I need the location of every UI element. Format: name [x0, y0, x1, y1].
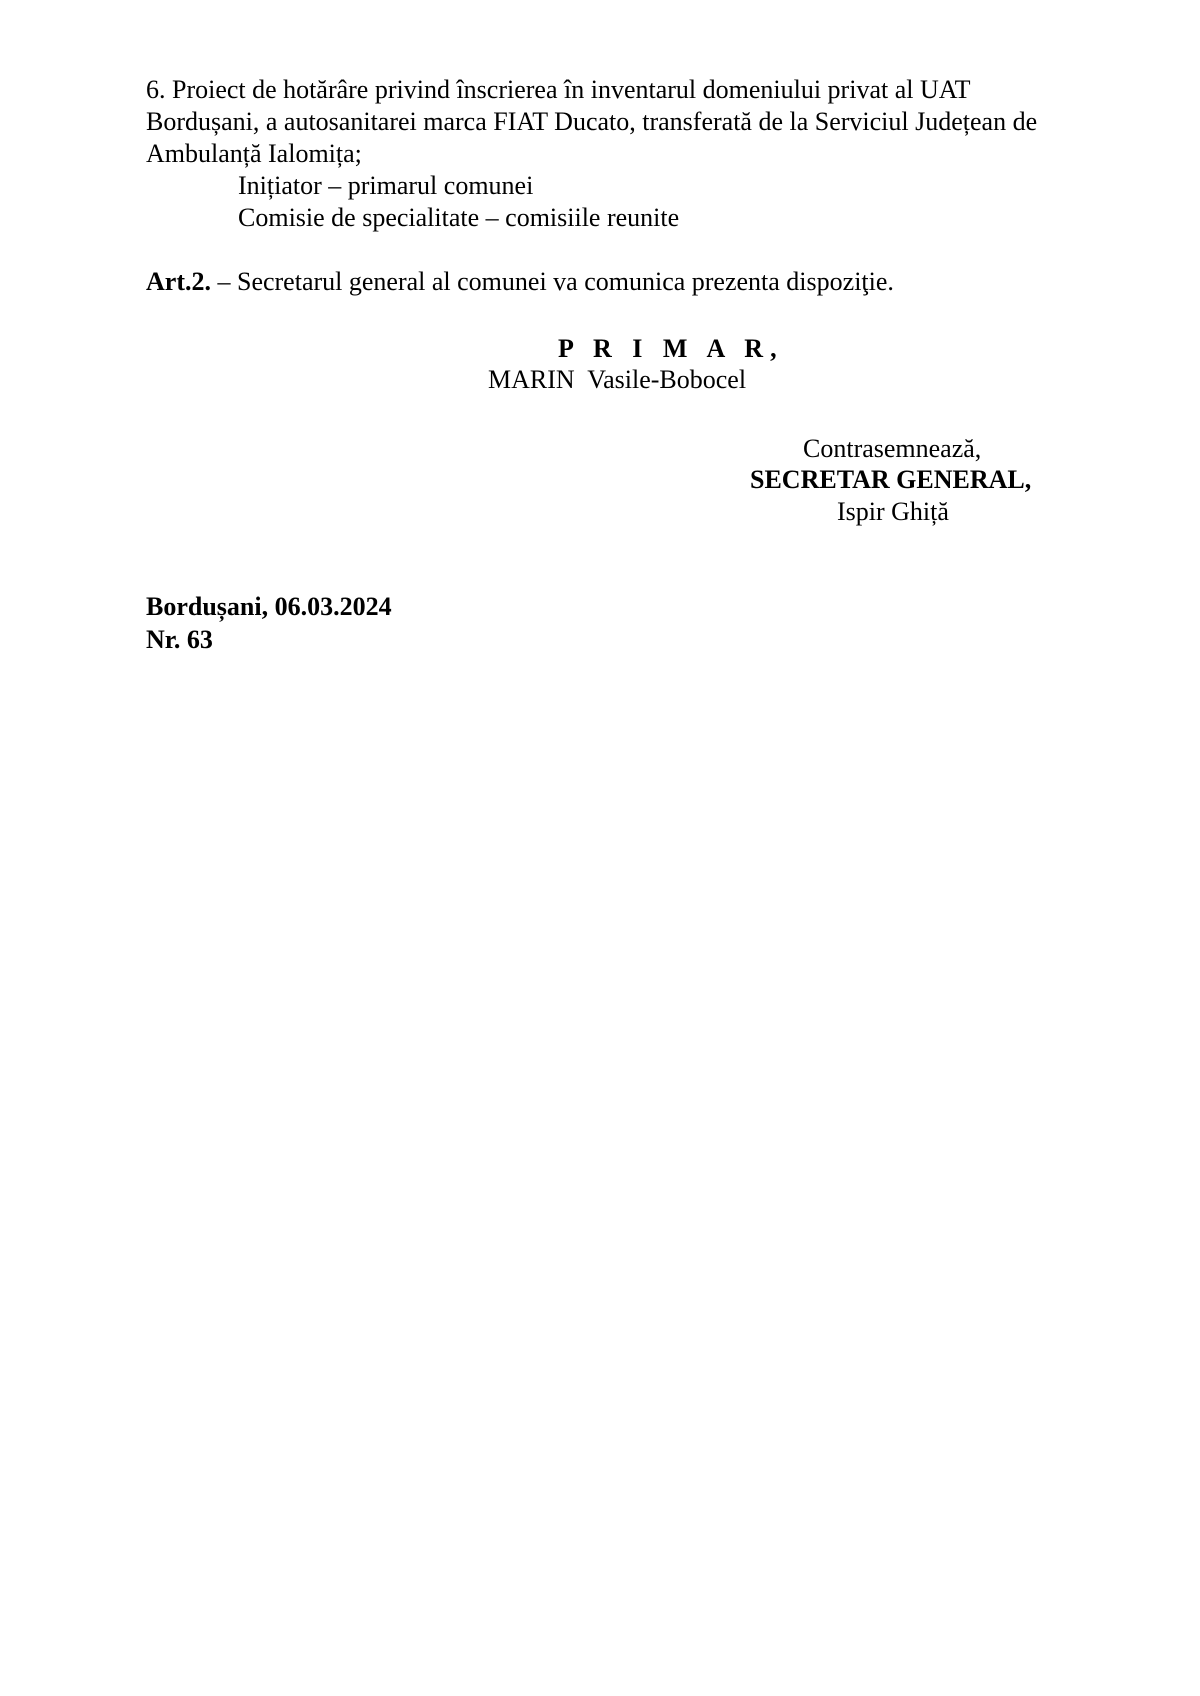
item-6-line-2: Bordușani, a autosanitarei marca FIAT Du… [146, 106, 1037, 137]
place-and-date: Bordușani, 06.03.2024 [146, 591, 392, 622]
secretary-title: SECRETAR GENERAL, [750, 464, 1031, 495]
item-6-line-3: Ambulanță Ialomița; [146, 138, 362, 169]
secretary-name: Ispir Ghiță [837, 496, 949, 527]
mayor-name: MARIN Vasile-Bobocel [488, 364, 746, 395]
article-2-label: Art.2. [146, 267, 211, 296]
article-2-text: – Secretarul general al comunei va comun… [211, 267, 894, 296]
countersign-label: Contrasemnează, [803, 433, 981, 464]
mayor-title: P R I M A R, [558, 333, 784, 364]
item-6-line-1: 6. Proiect de hotărâre privind înscriere… [146, 74, 971, 105]
item-6-commission: Comisie de specialitate – comisiile reun… [238, 202, 679, 233]
article-2: Art.2. – Secretarul general al comunei v… [146, 266, 894, 297]
item-6-initiator: Inițiator – primarul comunei [238, 170, 533, 201]
document-number: Nr. 63 [146, 624, 213, 655]
